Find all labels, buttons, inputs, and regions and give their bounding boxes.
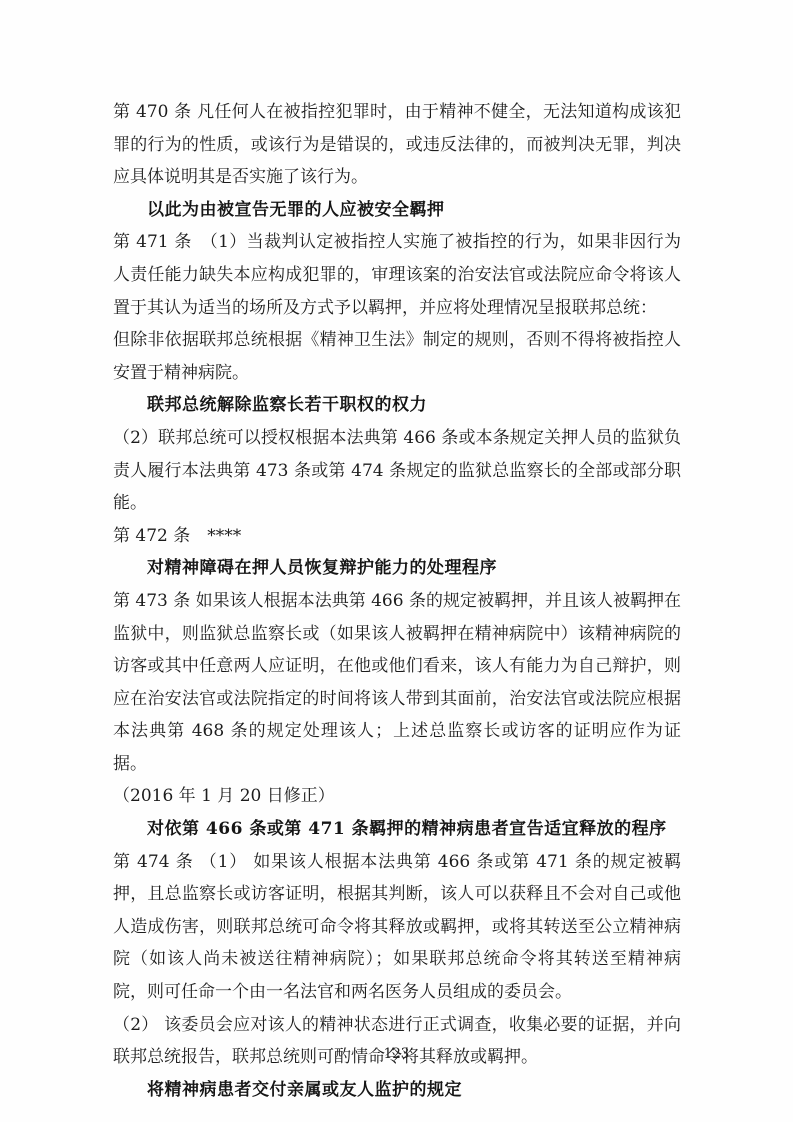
statute-paragraph-470: 第 470 条 凡任何人在被指控犯罪时，由于精神不健全，无法知道构成该犯罪的行为… xyxy=(113,96,681,194)
statute-paragraph-474-1: 第 474 条 （1） 如果该人根据本法典第 466 条或第 471 条的规定被… xyxy=(113,846,681,1009)
document-text-block: 第 470 条 凡任何人在被指控犯罪时，由于精神不健全，无法知道构成该犯罪的行为… xyxy=(113,96,681,1106)
section-heading-president-power: 联邦总统解除监察长若干职权的权力 xyxy=(113,389,681,422)
section-heading-release-procedure: 对依第 466 条或第 471 条羁押的精神病患者宣告适宜释放的程序 xyxy=(113,813,681,846)
statute-paragraph-proviso: 但除非依据联邦总统根据《精神卫生法》制定的规则，否则不得将被指控人安置于精神病院… xyxy=(113,324,681,389)
document-page: 第 470 条 凡任何人在被指控犯罪时，由于精神不健全，无法知道构成该犯罪的行为… xyxy=(0,0,793,1122)
statute-paragraph-471-1: 第 471 条 （1）当裁判认定被指控人实施了被指控的行为，如果非因行为人责任能… xyxy=(113,226,681,324)
statute-paragraph-474-2: （2） 该委员会应对该人的精神状态进行正式调查，收集必要的证据，并向联邦总统报告… xyxy=(113,1009,681,1074)
page-number: 123 xyxy=(0,1046,793,1062)
section-heading-safe-custody: 以此为由被宣告无罪的人应被安全羁押 xyxy=(113,194,681,227)
section-heading-custody-to-relatives: 将精神病患者交付亲属或友人监护的规定 xyxy=(113,1074,681,1107)
statute-paragraph-473: 第 473 条 如果该人根据本法典第 466 条的规定被羁押，并且该人被羁押在监… xyxy=(113,585,681,781)
statute-paragraph-472: 第 472 条 **** xyxy=(113,520,681,553)
statute-paragraph-471-2: （2）联邦总统可以授权根据本法典第 466 条或本条规定关押人员的监狱负责人履行… xyxy=(113,422,681,520)
section-heading-capacity-restored: 对精神障碍在押人员恢复辩护能力的处理程序 xyxy=(113,552,681,585)
amendment-note: （2016 年 1 月 20 日修正） xyxy=(113,780,681,813)
